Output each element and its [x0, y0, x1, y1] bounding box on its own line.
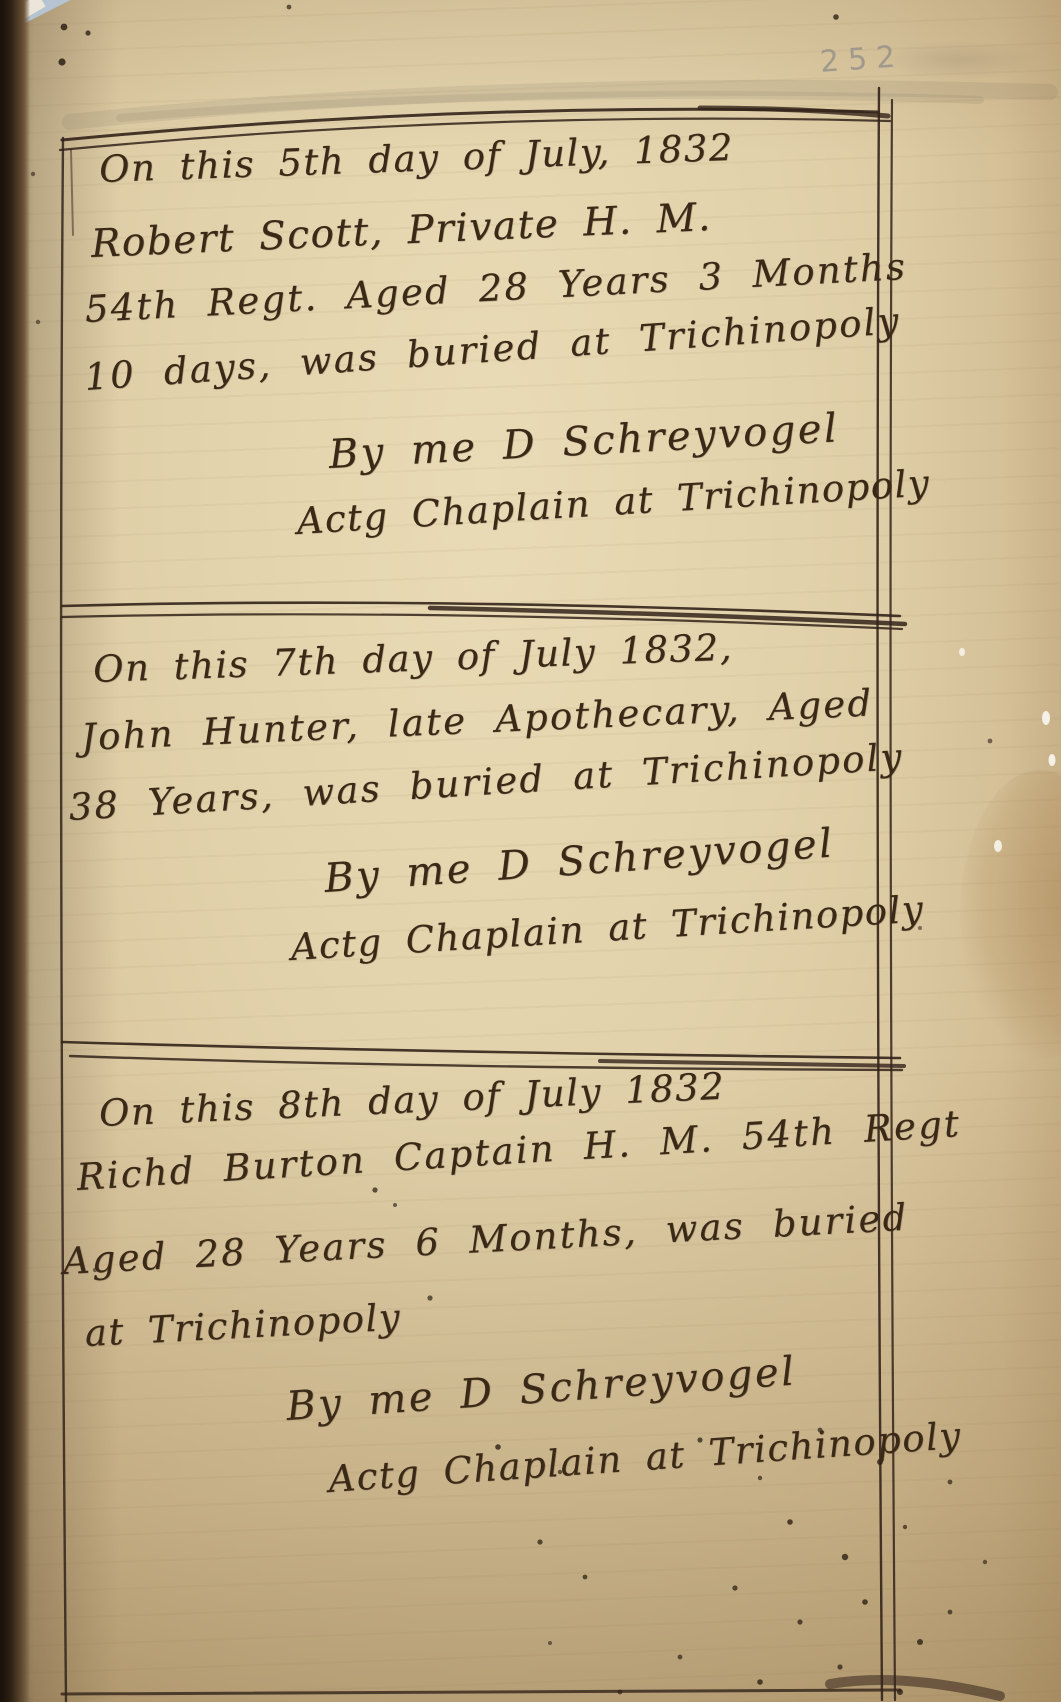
burial-entry-1: On this 5th day of July, 1832 Robert Sco…	[0, 130, 1061, 604]
entry-3-line-4: at Trichinopoly	[84, 1295, 402, 1355]
page-number: 252	[819, 39, 906, 80]
burial-entry-3: On this 8th day of July 1832 Richd Burto…	[0, 1080, 1061, 1702]
entry-2-signature: By me D Schreyvogel	[323, 820, 836, 902]
entry-3-signature-title: Actg Chaplain at Trichinopoly	[327, 1414, 963, 1501]
entry-1-signature: By me D Schreyvogel	[328, 405, 841, 478]
entry-3-line-3: Aged 28 Years 6 Months, was buried	[62, 1196, 910, 1283]
entry-1-line-2: Robert Scott, Private H. M.	[90, 195, 713, 267]
entry-2-line-1: On this 7th day of July 1832,	[92, 626, 733, 691]
entry-2-signature-title: Actg Chaplain at Trichinopoly	[289, 887, 925, 969]
burial-entry-2: On this 7th day of July 1832, John Hunte…	[0, 640, 1061, 1054]
entry-3-signature: By me D Schreyvogel	[285, 1348, 798, 1430]
book-binding-gutter	[0, 0, 30, 1702]
entry-1-line-1: On this 5th day of July, 1832	[98, 126, 734, 191]
register-page: 252	[0, 0, 1061, 1702]
